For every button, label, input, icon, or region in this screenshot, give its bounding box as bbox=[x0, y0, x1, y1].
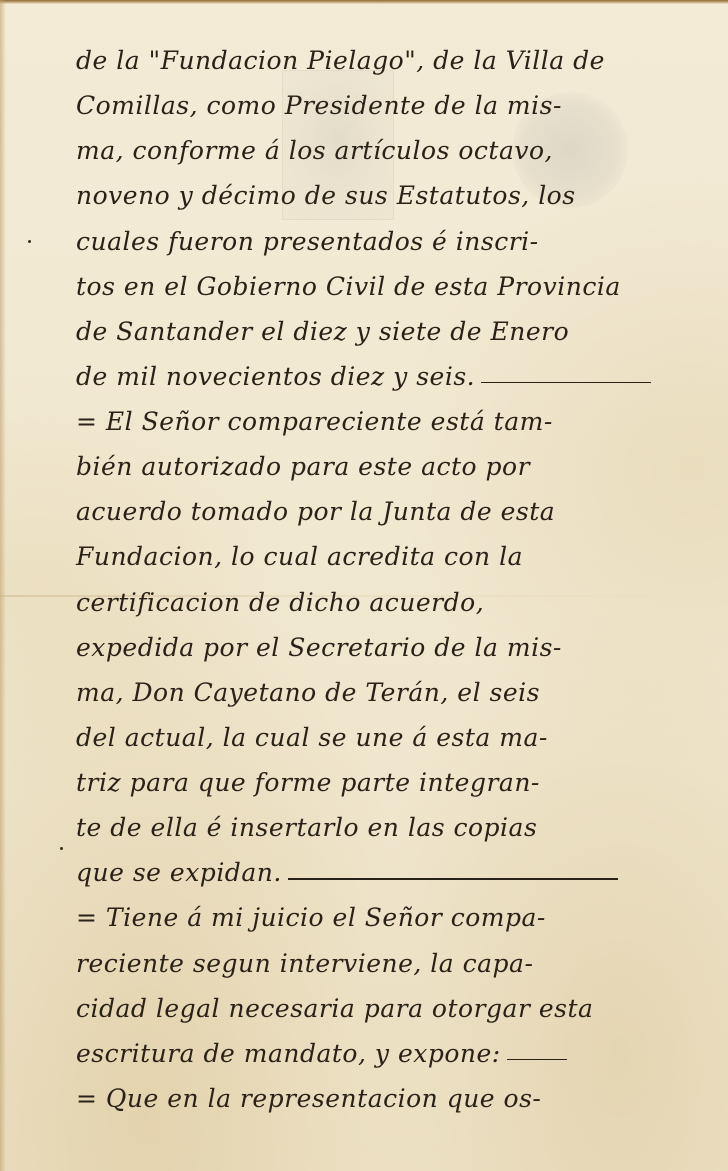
line-filler-rule bbox=[288, 878, 618, 880]
text-line: del actual, la cual se une á esta ma- bbox=[76, 715, 656, 760]
text-line: acuerdo tomado por la Junta de esta bbox=[76, 489, 656, 534]
text-line: escritura de mandato, y expone: bbox=[76, 1031, 656, 1076]
text-line: = Que en la representacion que os- bbox=[76, 1076, 656, 1121]
ink-speck bbox=[60, 847, 63, 850]
text-line: cuales fueron presentados é inscri- bbox=[76, 219, 656, 264]
text-line: de mil novecientos diez y seis. bbox=[76, 354, 656, 399]
text-line: que se expidan. bbox=[76, 850, 656, 895]
text-line: certificacion de dicho acuerdo, bbox=[76, 580, 656, 625]
text-line: Fundacion, lo cual acredita con la bbox=[76, 534, 656, 579]
text-line: de la "Fundacion Pielago", de la Villa d… bbox=[76, 38, 656, 83]
handwritten-text-block: de la "Fundacion Pielago", de la Villa d… bbox=[76, 38, 656, 1121]
text-line: = Tiene á mi juicio el Señor compa- bbox=[76, 895, 656, 940]
text-line: Comillas, como Presidente de la mis- bbox=[76, 83, 656, 128]
text-line: cidad legal necesaria para otorgar esta bbox=[76, 986, 656, 1031]
line-filler-rule bbox=[507, 1059, 567, 1061]
text-line: de Santander el diez y siete de Enero bbox=[76, 309, 656, 354]
text-line: reciente segun interviene, la capa- bbox=[76, 941, 656, 986]
page-left-edge bbox=[0, 0, 6, 1171]
text-line: = El Señor compareciente está tam- bbox=[76, 399, 656, 444]
page-top-edge bbox=[0, 0, 728, 4]
line-filler-rule bbox=[481, 382, 651, 384]
text-line: triz para que forme parte integran- bbox=[76, 760, 656, 805]
text-line: bién autorizado para este acto por bbox=[76, 444, 656, 489]
ink-speck bbox=[28, 240, 31, 243]
document-page: de la "Fundacion Pielago", de la Villa d… bbox=[0, 0, 728, 1171]
text-line: ma, conforme á los artículos octavo, bbox=[76, 128, 656, 173]
text-line: ma, Don Cayetano de Terán, el seis bbox=[76, 670, 656, 715]
text-line: te de ella é insertarlo en las copias bbox=[76, 805, 656, 850]
text-line: noveno y décimo de sus Estatutos, los bbox=[76, 173, 656, 218]
text-line: expedida por el Secretario de la mis- bbox=[76, 625, 656, 670]
text-line: tos en el Gobierno Civil de esta Provinc… bbox=[76, 264, 656, 309]
